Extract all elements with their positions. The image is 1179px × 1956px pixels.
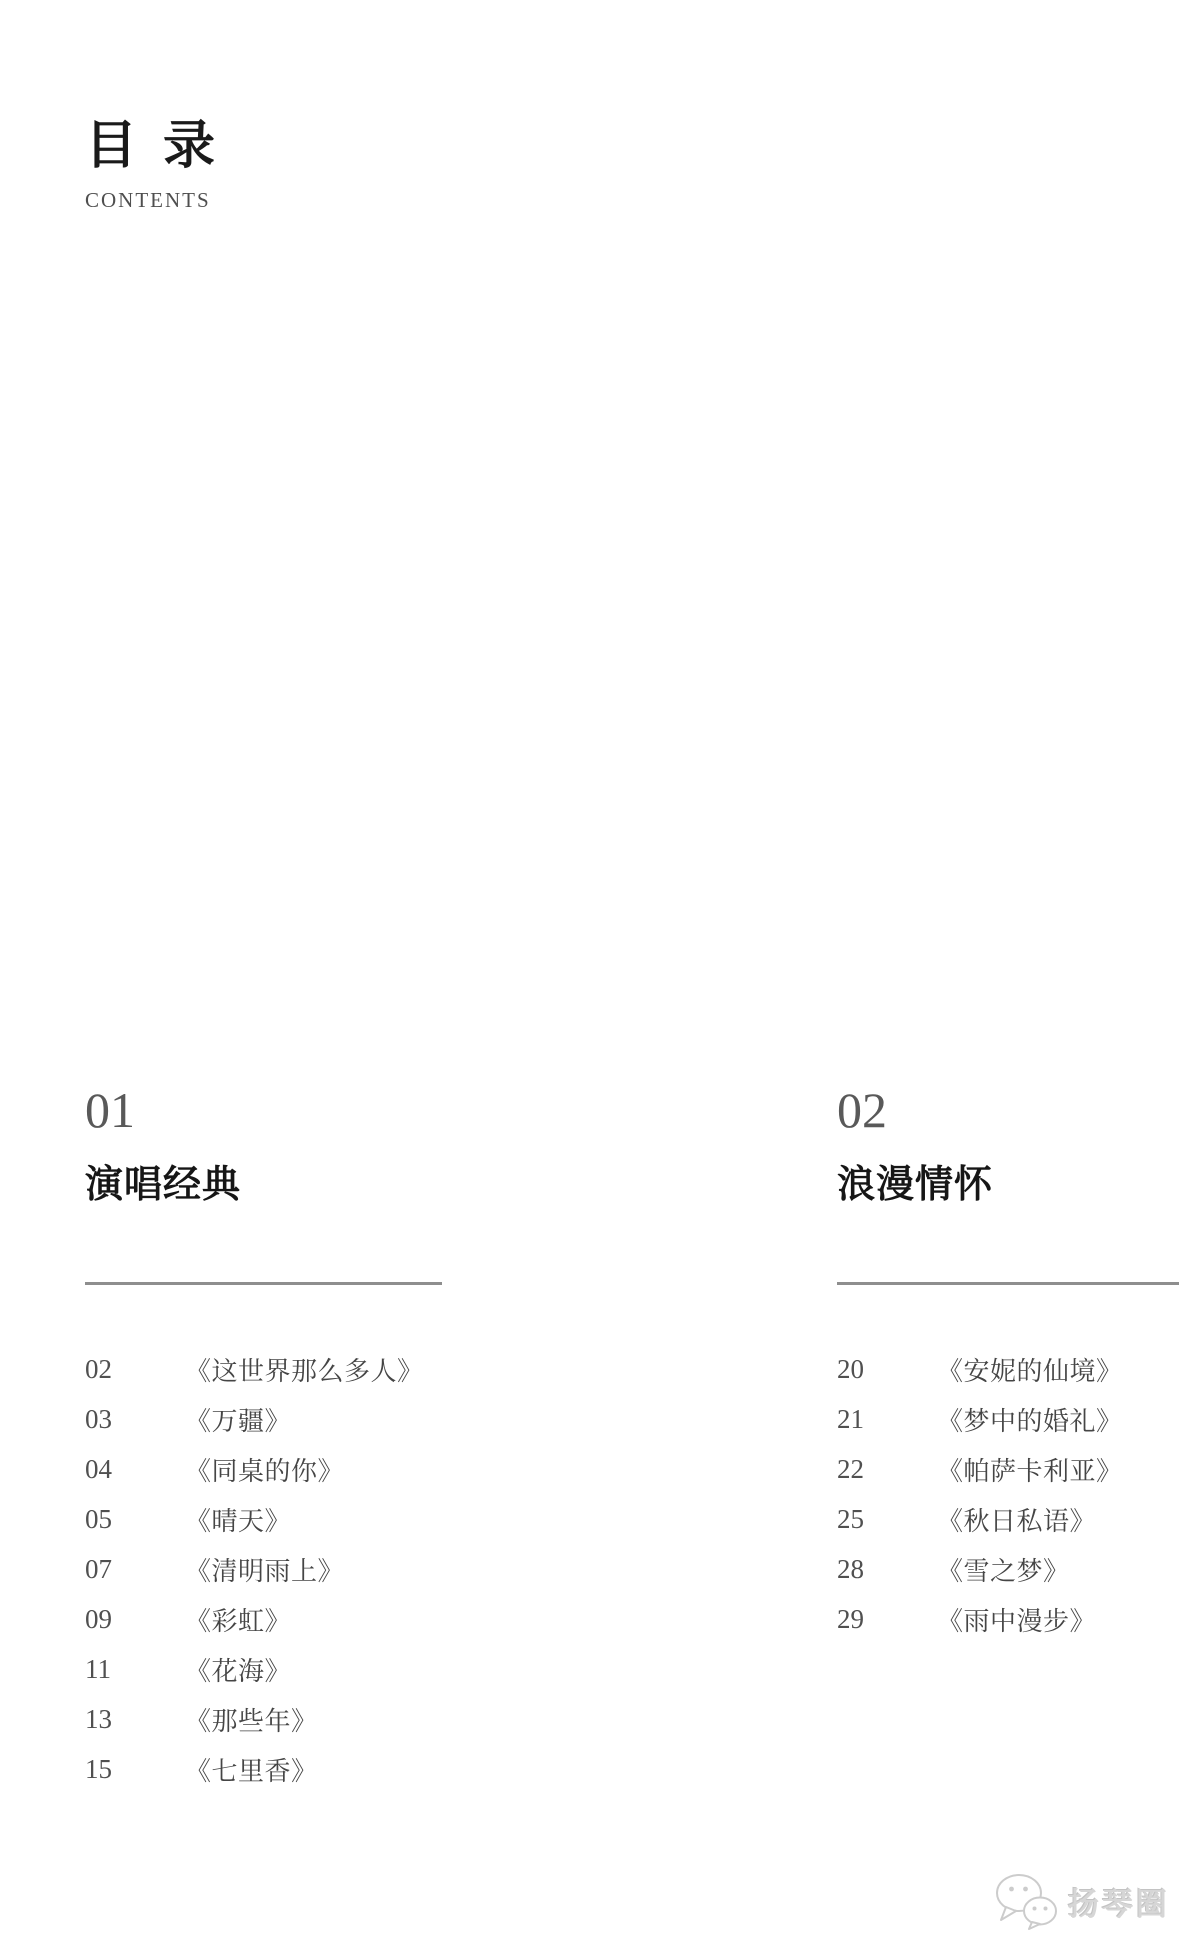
toc-item-page-number: 29 <box>837 1604 937 1635</box>
toc-item-title: 《秋日私语》 <box>937 1501 1096 1538</box>
toc-item-page-number: 28 <box>837 1554 937 1585</box>
toc-item-title: 《万疆》 <box>185 1401 291 1438</box>
toc-item-title: 《雪之梦》 <box>937 1551 1070 1588</box>
toc-item-title: 《那些年》 <box>185 1701 318 1738</box>
toc-item-title: 《晴天》 <box>185 1501 291 1538</box>
toc-item: 04《同桌的你》 <box>85 1445 565 1495</box>
toc-item-title: 《清明雨上》 <box>185 1551 344 1588</box>
toc-item-page-number: 05 <box>85 1504 185 1535</box>
toc-item: 03《万疆》 <box>85 1395 565 1445</box>
watermark-label: 扬琴圈 <box>1068 1879 1170 1924</box>
toc-item-page-number: 15 <box>85 1754 185 1785</box>
section-title: 演唱经典 <box>85 1165 565 1207</box>
toc-item: 11《花海》 <box>85 1645 565 1695</box>
section-divider <box>837 1282 1179 1285</box>
watermark: 扬琴圈 <box>994 1872 1170 1930</box>
toc-item-page-number: 09 <box>85 1604 185 1635</box>
toc-item-title: 《七里香》 <box>185 1751 318 1788</box>
toc-item-page-number: 13 <box>85 1704 185 1735</box>
toc-item-page-number: 02 <box>85 1354 185 1385</box>
toc-item-page-number: 03 <box>85 1404 185 1435</box>
toc-item-title: 《帕萨卡利亚》 <box>937 1451 1123 1488</box>
toc-section-01: 01 演唱经典 02《这世界那么多人》03《万疆》04《同桌的你》05《晴天》0… <box>85 1085 565 1795</box>
section-number: 01 <box>85 1085 565 1135</box>
toc-item: 07《清明雨上》 <box>85 1545 565 1595</box>
toc-header: 目 录 CONTENTS <box>85 112 215 213</box>
toc-item: 02《这世界那么多人》 <box>85 1345 565 1395</box>
toc-list: 20《安妮的仙境》21《梦中的婚礼》22《帕萨卡利亚》25《秋日私语》28《雪之… <box>837 1345 1179 1645</box>
toc-item-page-number: 04 <box>85 1454 185 1485</box>
toc-item-page-number: 25 <box>837 1504 937 1535</box>
section-divider <box>85 1282 442 1285</box>
wechat-chat-bubbles-icon <box>994 1872 1060 1930</box>
toc-list: 02《这世界那么多人》03《万疆》04《同桌的你》05《晴天》07《清明雨上》0… <box>85 1345 565 1795</box>
toc-item: 29《雨中漫步》 <box>837 1595 1179 1645</box>
toc-section-02: 02 浪漫情怀 20《安妮的仙境》21《梦中的婚礼》22《帕萨卡利亚》25《秋日… <box>837 1085 1179 1645</box>
section-title: 浪漫情怀 <box>837 1165 1179 1207</box>
toc-item: 25《秋日私语》 <box>837 1495 1179 1545</box>
toc-item-title: 《彩虹》 <box>185 1601 291 1638</box>
toc-item: 28《雪之梦》 <box>837 1545 1179 1595</box>
toc-item-title: 《雨中漫步》 <box>937 1601 1096 1638</box>
toc-item-page-number: 11 <box>85 1654 185 1685</box>
toc-item: 13《那些年》 <box>85 1695 565 1745</box>
toc-item: 20《安妮的仙境》 <box>837 1345 1179 1395</box>
toc-item-title: 《安妮的仙境》 <box>937 1351 1123 1388</box>
toc-item-title: 《同桌的你》 <box>185 1451 344 1488</box>
toc-item-title: 《这世界那么多人》 <box>185 1351 424 1388</box>
toc-item-title: 《梦中的婚礼》 <box>937 1401 1123 1438</box>
toc-item-page-number: 22 <box>837 1454 937 1485</box>
page-subtitle: CONTENTS <box>85 188 215 213</box>
section-number: 02 <box>837 1085 1179 1135</box>
toc-item: 05《晴天》 <box>85 1495 565 1545</box>
page-title: 目 录 <box>85 112 215 182</box>
toc-item-page-number: 21 <box>837 1404 937 1435</box>
toc-item: 15《七里香》 <box>85 1745 565 1795</box>
toc-item: 09《彩虹》 <box>85 1595 565 1645</box>
toc-item-title: 《花海》 <box>185 1651 291 1688</box>
toc-item: 21《梦中的婚礼》 <box>837 1395 1179 1445</box>
toc-item-page-number: 07 <box>85 1554 185 1585</box>
toc-item-page-number: 20 <box>837 1354 937 1385</box>
toc-item: 22《帕萨卡利亚》 <box>837 1445 1179 1495</box>
